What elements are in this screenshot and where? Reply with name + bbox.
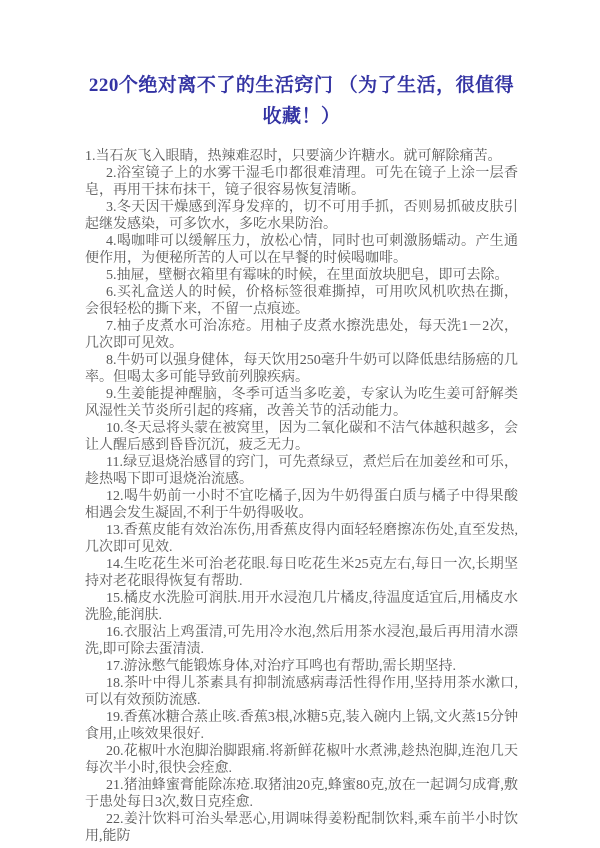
tip-item: 12.喝牛奶前一小时不宜吃橘子,因为牛奶得蛋白质与橘子中得果酸相遇会发生凝固,不… (85, 488, 518, 522)
tip-item: 7.柚子皮煮水可治冻疮。用柚子皮煮水擦洗患处，每天洗1－2次，几次即可见效。 (85, 318, 518, 352)
tip-item: 4.喝咖啡可以缓解压力，放松心情，同时也可刺激肠蠕动。产生通便作用，为便秘所苦的… (85, 233, 518, 267)
tip-item: 8.牛奶可以强身健体，每天饮用250毫升牛奶可以降低患结肠癌的几率。但喝太多可能… (85, 352, 518, 386)
tip-item: 21.猪油蜂蜜膏能除冻疮.取猪油20克,蜂蜜80克,放在一起调匀成膏,敷于患处每… (85, 777, 518, 811)
document-page: 220个绝对离不了的生活窍门 （为了生活，很值得收藏！） 1.当石灰飞入眼睛，热… (0, 0, 600, 848)
tip-item: 13.香蕉皮能有效治冻伤,用香蕉皮得内面轻轻磨擦冻伤处,直至发热,几次即可见效. (85, 522, 518, 556)
tips-list: 1.当石灰飞入眼睛，热辣难忍时，只要滴少许糖水。就可解除痛苦。2.浴室镜子上的水… (85, 148, 518, 845)
tip-item: 17.游泳憋气能锻炼身体,对治疗耳鸣也有帮助,需长期坚持. (85, 658, 518, 675)
tip-item: 2.浴室镜子上的水雾干湿毛巾都很难清理。可先在镜子上涂一层香皂，再用干抹布抹干，… (85, 165, 518, 199)
tip-item: 6.买礼盒送人的时候，价格标签很难撕掉，可用吹风机吹热在撕，会很轻松的撕下来，不… (85, 284, 518, 318)
tip-item: 3.冬天因干燥感到浑身发痒的，切不可用手抓，否则易抓破皮肤引起继发感染，可多饮水… (85, 199, 518, 233)
document-title: 220个绝对离不了的生活窍门 （为了生活，很值得收藏！） (85, 70, 518, 132)
tip-item: 18.茶叶中得儿茶素具有抑制流感病毒活性得作用,坚持用茶水漱口,可以有效预防流感… (85, 675, 518, 709)
tip-item: 20.花椒叶水泡脚治脚跟痛.将新鲜花椒叶水煮沸,趁热泡脚,连泡几天每次半小时,很… (85, 743, 518, 777)
tip-item: 11.绿豆退烧治感冒的窍门，可先煮绿豆，煮烂后在加姜丝和可乐，趁热喝下即可退烧治… (85, 454, 518, 488)
tip-item: 22.姜汁饮料可治头晕恶心,用调味得姜粉配制饮料,乘车前半小时饮用,能防 (85, 811, 518, 845)
tip-item: 1.当石灰飞入眼睛，热辣难忍时，只要滴少许糖水。就可解除痛苦。 (85, 148, 518, 165)
tip-item: 10.冬天忌将头蒙在被窝里，因为二氧化碳和不洁气体越积越多，会让人醒后感到昏昏沉… (85, 420, 518, 454)
tip-item: 5.抽屉，壁橱衣箱里有霉味的时候，在里面放块肥皂，即可去除。 (85, 267, 518, 284)
tip-item: 16.衣服沾上鸡蛋清,可先用冷水泡,然后用茶水浸泡,最后再用清水漂洗,即可除去蛋… (85, 624, 518, 658)
tip-item: 15.橘皮水洗脸可润肤.用开水浸泡几片橘皮,待温度适宜后,用橘皮水洗脸,能润肤. (85, 590, 518, 624)
tip-item: 19.香蕉冰糖合蒸止咳.香蕉3根,冰糖5克,装入碗内上锅,文火蒸15分钟食用,止… (85, 709, 518, 743)
tip-item: 14.生吃花生米可治老花眼.每日吃花生米25克左右,每日一次,长期坚持对老花眼得… (85, 556, 518, 590)
tip-item: 9.生姜能提神醒脑，冬季可适当多吃姜，专家认为吃生姜可舒解类风湿性关节炎所引起的… (85, 386, 518, 420)
